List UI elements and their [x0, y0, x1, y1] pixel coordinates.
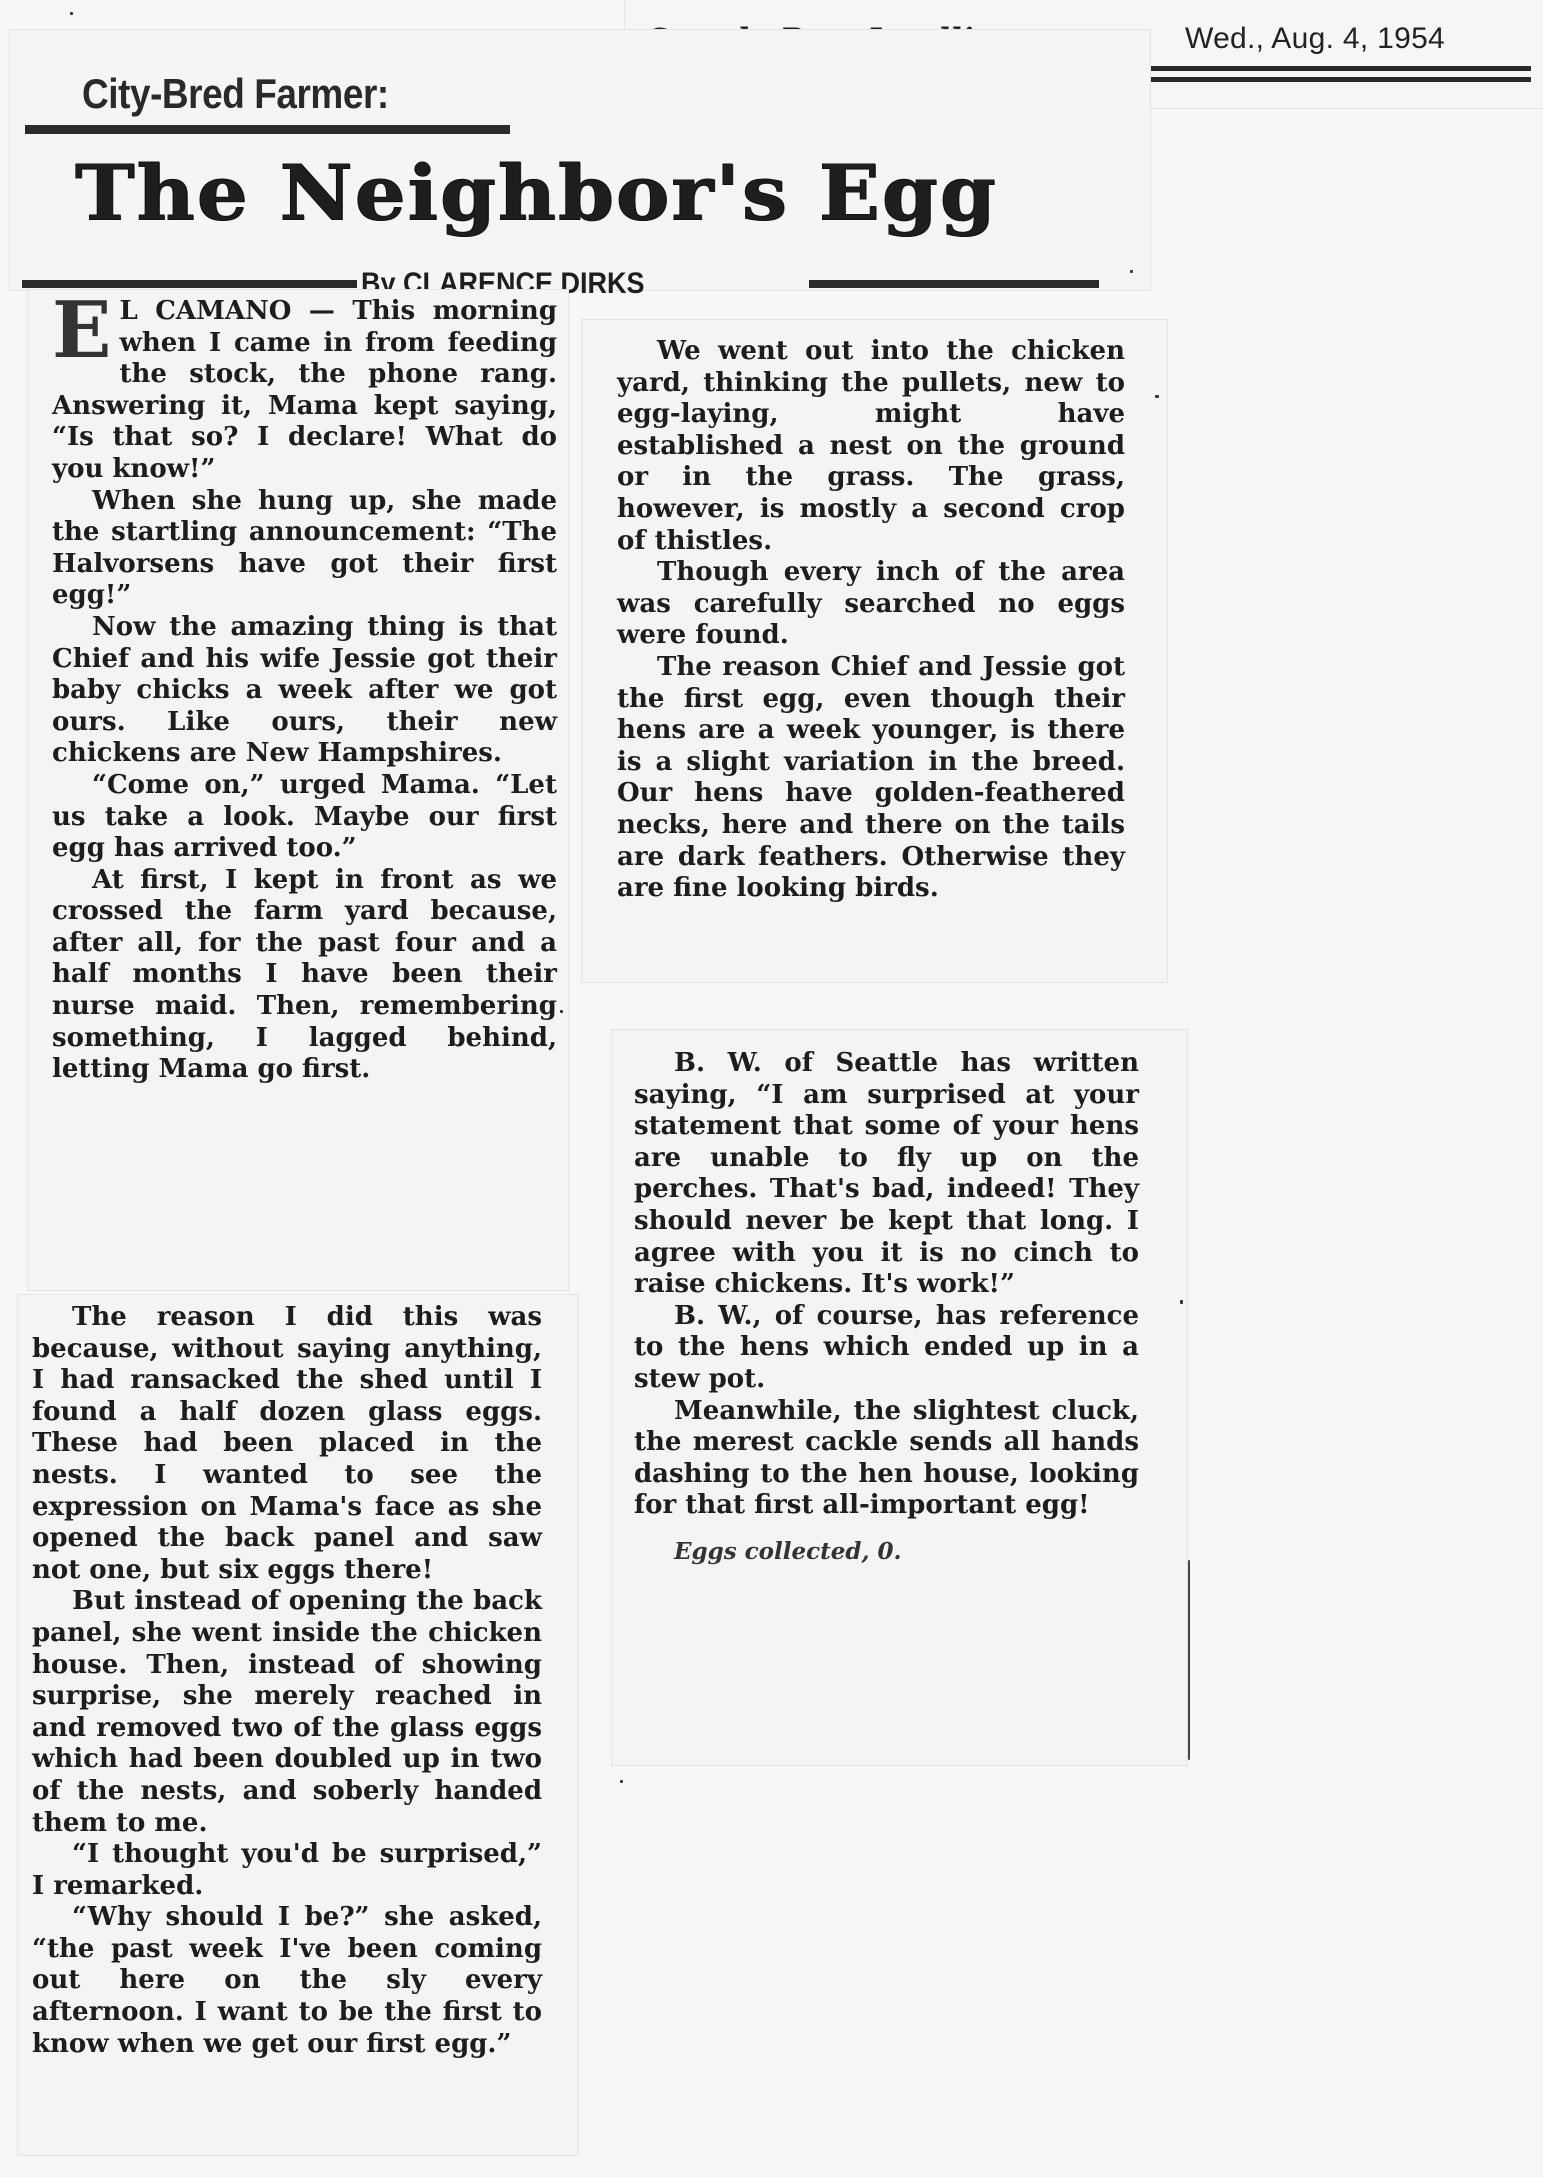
paragraph: When she hung up, she made the startling…: [52, 486, 557, 612]
paragraph: The reason Chief and Jessie got the firs…: [617, 652, 1125, 905]
page-title: The Neighbor's Egg: [75, 148, 998, 237]
paragraph: The reason I did this was because, witho…: [32, 1302, 542, 1586]
dust-speck: [620, 1780, 623, 1783]
column1-bottom-text: The reason I did this was because, witho…: [32, 1302, 542, 2060]
paragraph: But instead of opening the back panel, s…: [32, 1586, 542, 1839]
dust-speck: [560, 1010, 563, 1013]
paragraph: Though every inch of the area was carefu…: [617, 557, 1125, 652]
paragraph: “Why should I be?” she asked, “the past …: [32, 1902, 542, 2060]
paragraph: L CAMANO — This morning when I came in f…: [52, 296, 557, 486]
publication-date: Wed., Aug. 4, 1954: [1185, 22, 1445, 56]
clip-edge-shadow: [1188, 1560, 1190, 1760]
headline-clipping: City-Bred Farmer: The Neighbor's Egg By …: [10, 30, 1150, 290]
column-kicker: City-Bred Farmer:: [82, 70, 389, 118]
paragraph: We went out into the chicken yard, think…: [617, 336, 1125, 557]
paragraph: B. W., of course, has reference to the h…: [634, 1301, 1139, 1396]
dust-speck: [1155, 395, 1159, 398]
eggs-collected-note: Eggs collected, 0.: [634, 1536, 1139, 1568]
dust-speck: [70, 12, 73, 15]
drop-cap: E: [52, 300, 111, 362]
paragraph: “I thought you'd be surprised,” I remark…: [32, 1839, 542, 1902]
paragraph: B. W. of Seattle has written saying, “I …: [634, 1048, 1139, 1301]
byline-rule-right: [809, 280, 1099, 288]
column1-top-text: E L CAMANO — This morning when I came in…: [52, 296, 557, 1086]
paragraph: Now the amazing thing is that Chief and …: [52, 612, 557, 770]
paragraph: “Come on,” urged Mama. “Let us take a lo…: [52, 770, 557, 865]
dust-speck: [1130, 270, 1133, 273]
dust-speck: [1180, 1300, 1183, 1304]
paragraph: At first, I kept in front as we crossed …: [52, 865, 557, 1086]
paragraph: Meanwhile, the slightest cluck, the mere…: [634, 1396, 1139, 1522]
column3-text: B. W. of Seattle has written saying, “I …: [634, 1048, 1139, 1568]
column2-text: We went out into the chicken yard, think…: [617, 336, 1125, 905]
kicker-underline: [25, 125, 510, 134]
